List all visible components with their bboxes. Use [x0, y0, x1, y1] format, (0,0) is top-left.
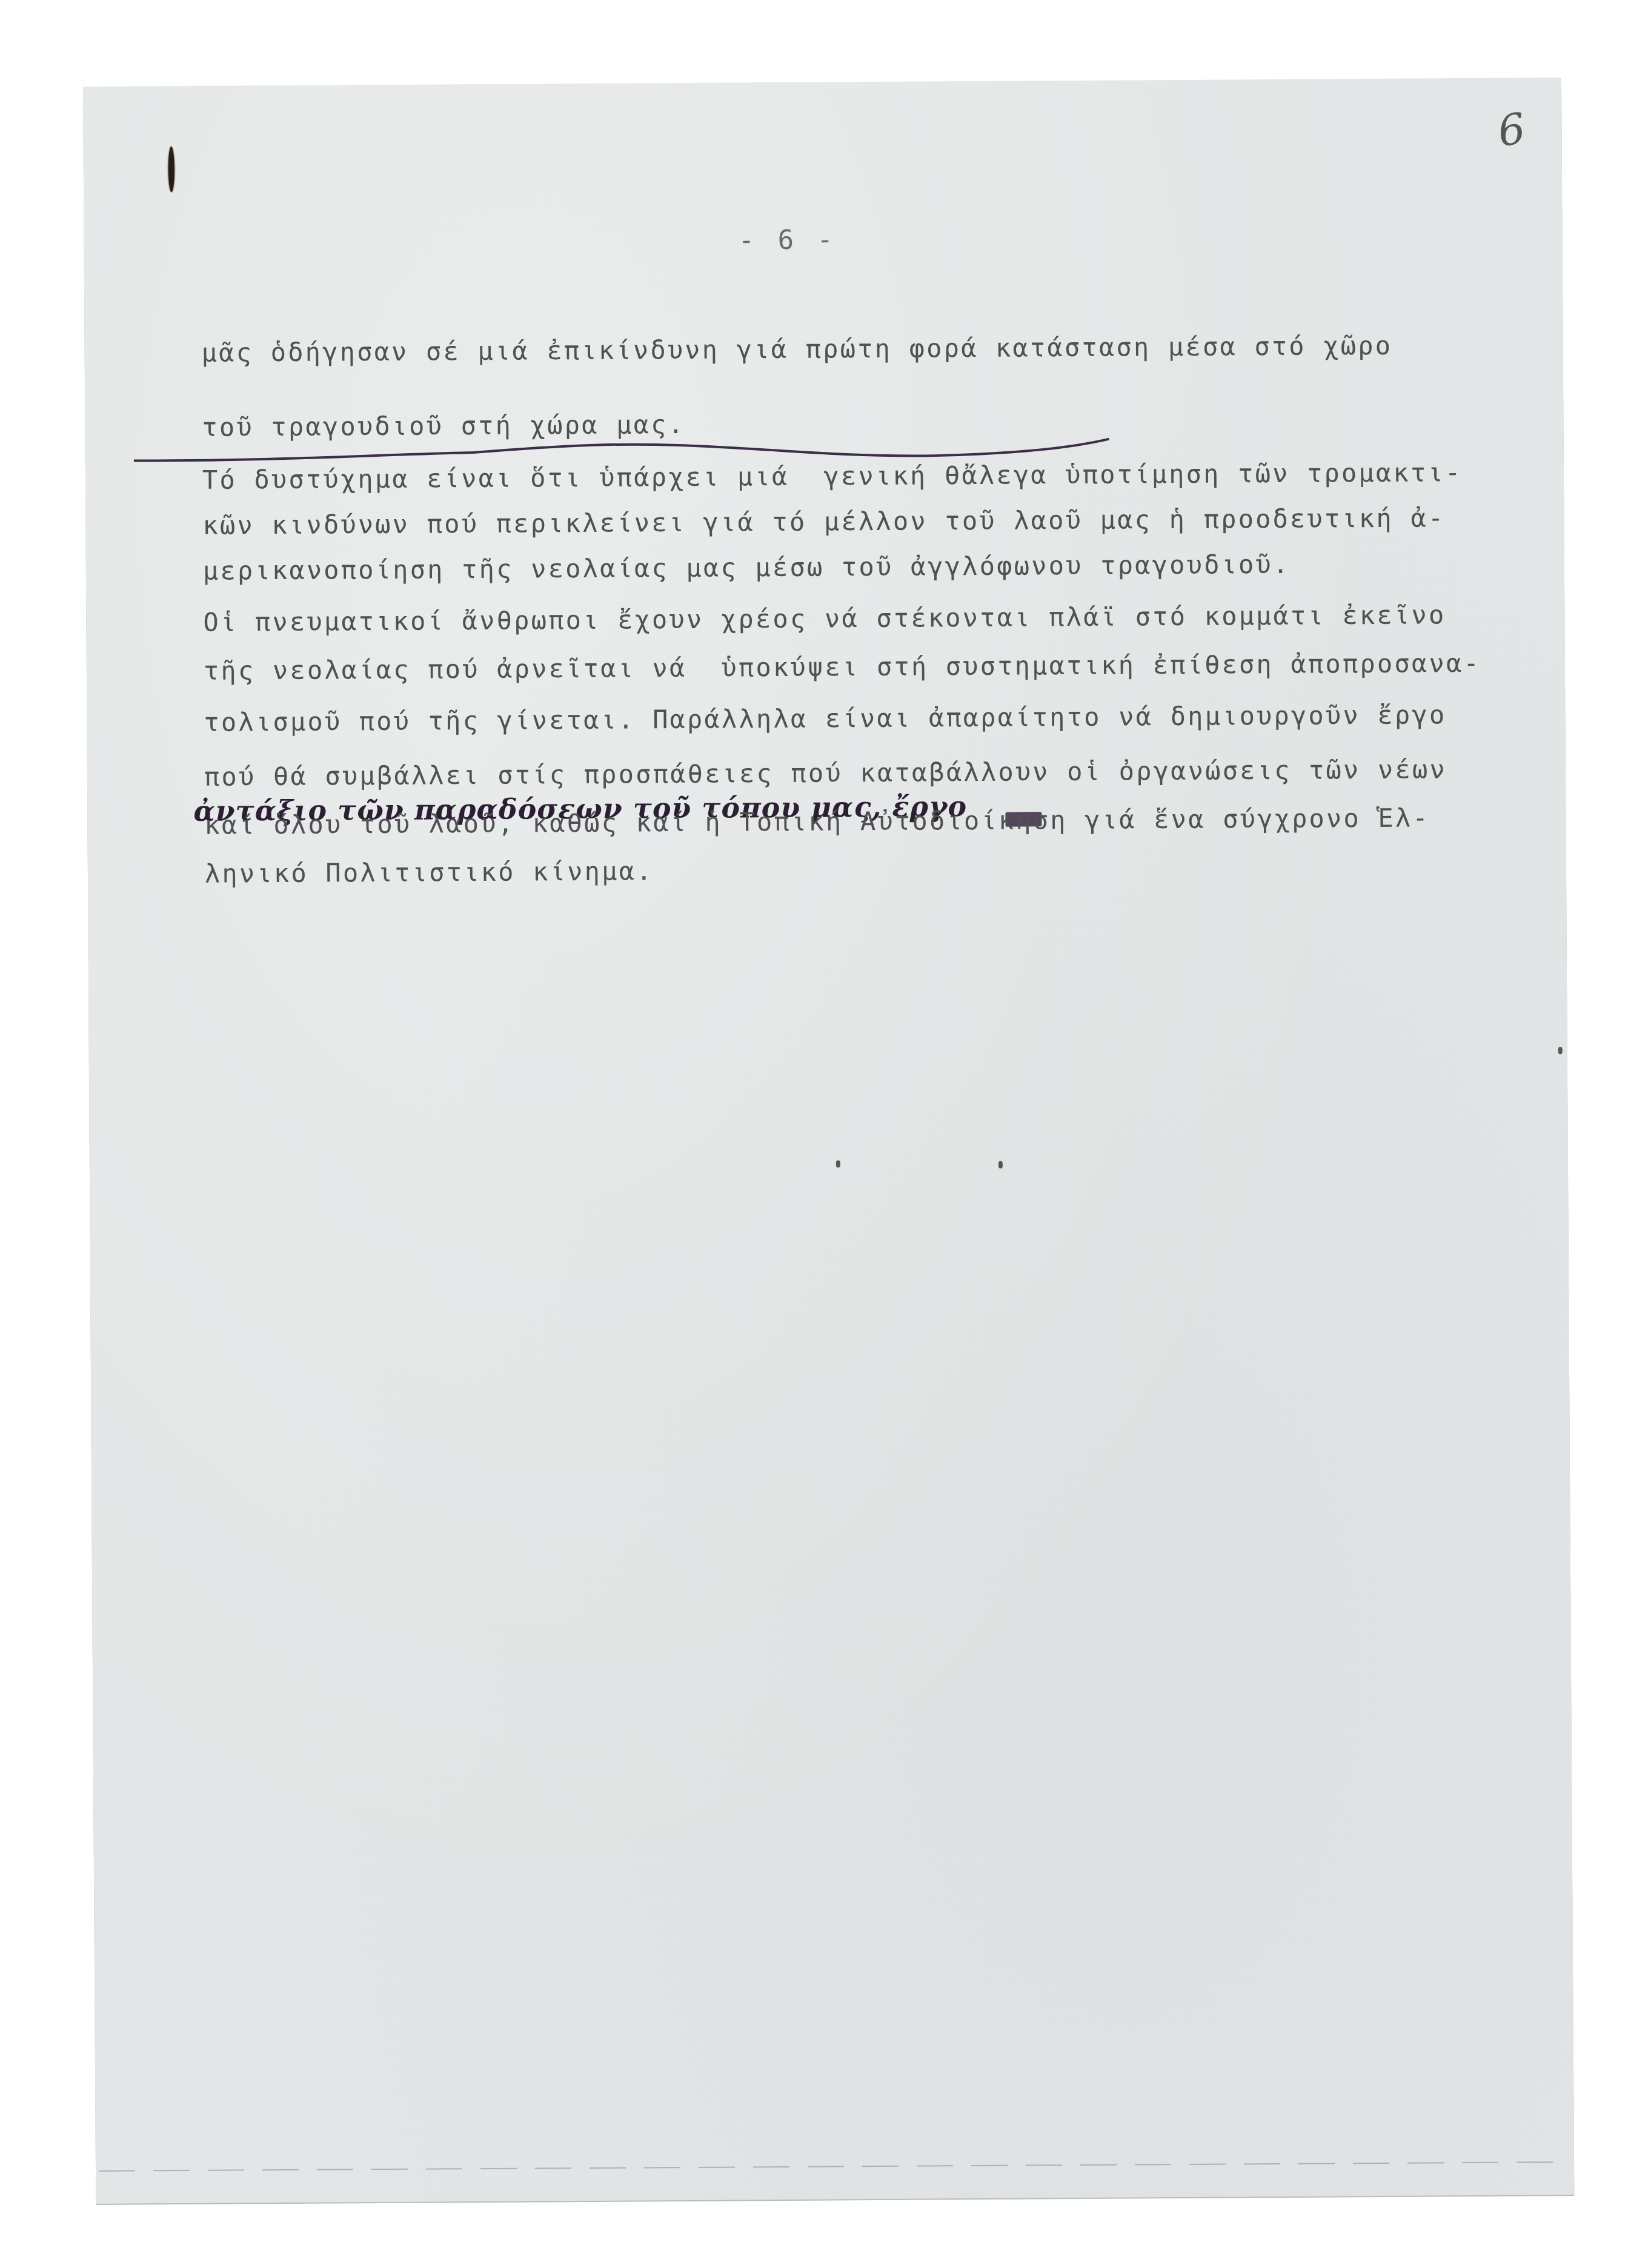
stray-mark: [998, 1161, 1003, 1169]
text-line-10: καί ὅλου τοῦ λαοῦ, καθώς καί ἡ Τοπική Αὐ…: [204, 805, 1430, 838]
text-line-8: τολισμοῦ πού τῆς γίνεται. Παράλληλα είνα…: [204, 702, 1446, 735]
text-line-2: τοῦ τραγουδιοῦ στή χώρα μας.: [202, 412, 685, 440]
stray-mark: [1558, 1047, 1563, 1054]
text-line-5: μερικανοποίηση τῆς νεολαίας μας μέσω τοῦ…: [203, 552, 1291, 584]
text-line-4: κῶν κινδύνων πού περικλείνει γιά τό μέλλ…: [202, 505, 1445, 539]
text-line-9: πού θά συμβάλλει στίς προσπάθειες πού κα…: [204, 757, 1447, 790]
punch-hole-mark: [168, 147, 174, 192]
text-line-3: Τό δυστύχημα είναι ὅτι ὑπάρχει μιά γενικ…: [202, 460, 1463, 493]
text-line-11: ληνικό Πολιτιστικό κίνημα.: [205, 858, 654, 887]
stray-mark: [836, 1160, 840, 1167]
page-number: - 6 -: [738, 224, 837, 256]
text-line-7: τῆς νεολαίας πού ἀρνεῖται νά ὑποκύψει στ…: [204, 651, 1481, 684]
text-line-6: Οἱ πνευματικοί ἄνθρωποι ἔχουν χρέος νά σ…: [203, 602, 1446, 635]
faint-fold-line: [99, 2161, 1565, 2172]
text-line-1: μᾶς ὁδήγησαν σέ μιά ἐπικίνδυνη γιά πρώτη…: [202, 333, 1393, 366]
handwritten-folio-number: 6: [1495, 104, 1529, 157]
document-page: 6 - 6 - μᾶς ὁδήγησαν σέ μιά ἐπικίνδυνη γ…: [83, 78, 1574, 2204]
